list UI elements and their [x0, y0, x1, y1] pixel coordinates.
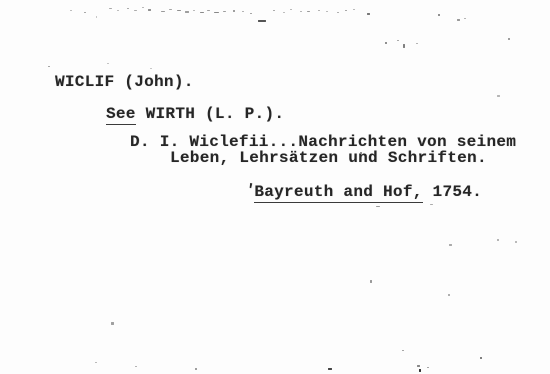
scan-speck	[419, 369, 421, 372]
scan-speck	[385, 42, 387, 44]
scan-speck	[515, 241, 517, 243]
scan-speck	[161, 11, 165, 12]
scan-speck	[207, 10, 210, 11]
see-reference: See WIRTH (L. P.).	[106, 106, 284, 122]
scan-speck	[497, 95, 500, 97]
scan-speck	[177, 10, 181, 11]
scan-speck	[448, 294, 450, 296]
imprint-place: Bayreuth and Hof,	[254, 183, 422, 203]
scan-speck	[273, 10, 275, 11]
scan-speck	[337, 12, 339, 13]
scan-speck	[464, 18, 466, 19]
scan-speck	[438, 14, 440, 16]
scan-speck	[95, 362, 97, 363]
scan-speck	[480, 357, 482, 359]
scan-speck	[402, 350, 404, 351]
scan-speck	[307, 11, 310, 12]
scan-speck	[345, 10, 347, 11]
scan-speck	[457, 19, 460, 21]
scan-speck	[223, 11, 226, 12]
scan-speck	[318, 10, 320, 11]
scan-speck	[290, 9, 292, 10]
scan-speck	[326, 11, 328, 12]
scan-speck	[258, 20, 266, 22]
scan-speck	[111, 322, 114, 325]
title-paragraph: D. I. Wiclefii...Nachrichten von seinemL…	[130, 134, 516, 166]
scan-speck	[200, 12, 204, 13]
scan-speck	[250, 13, 252, 14]
scan-speck	[134, 10, 137, 11]
scan-speck	[427, 367, 429, 368]
scan-speck	[353, 9, 355, 10]
scan-speck	[96, 16, 97, 18]
scan-speck	[416, 43, 418, 44]
scan-speck	[300, 11, 302, 12]
title-line-2: Leben, Lehrsätzen und Schriften.	[170, 149, 487, 167]
scan-speck	[84, 12, 86, 13]
scan-speck	[70, 10, 72, 11]
see-label: See	[106, 105, 136, 125]
scan-speck	[135, 366, 137, 367]
scan-speck	[48, 66, 50, 67]
imprint: 'Bayreuth and Hof, 1754.	[245, 184, 482, 201]
catalog-card: WICLIF (John). See WIRTH (L. P.). D. I. …	[0, 0, 550, 374]
scan-speck	[242, 11, 244, 12]
scan-speck	[397, 40, 399, 41]
scan-speck	[117, 10, 119, 11]
imprint-year: 1754.	[423, 183, 482, 201]
scan-speck	[328, 368, 332, 370]
scan-speck	[283, 12, 285, 13]
scan-speck	[148, 9, 151, 11]
scan-speck	[360, 152, 362, 154]
scan-speck	[417, 365, 420, 367]
scan-speck	[367, 13, 370, 15]
scan-speck	[150, 68, 152, 69]
scan-speck	[497, 239, 499, 241]
heading-author: WICLIF (John).	[55, 74, 194, 90]
see-target: WIRTH (L. P.).	[136, 105, 285, 123]
scan-speck	[370, 280, 372, 283]
scan-speck	[142, 7, 144, 8]
scan-speck	[508, 38, 510, 40]
scan-speck	[195, 368, 197, 370]
scan-speck	[169, 9, 172, 10]
scan-speck	[376, 206, 380, 207]
scan-speck	[127, 8, 129, 9]
scan-speck	[109, 8, 112, 9]
scan-speck	[107, 63, 109, 64]
scan-speck	[430, 204, 433, 205]
scan-speck	[449, 244, 452, 246]
scan-speck	[403, 44, 405, 48]
scan-speck	[214, 12, 219, 13]
scan-speck	[193, 10, 195, 11]
scan-speck	[233, 10, 235, 12]
scan-speck	[185, 11, 189, 13]
